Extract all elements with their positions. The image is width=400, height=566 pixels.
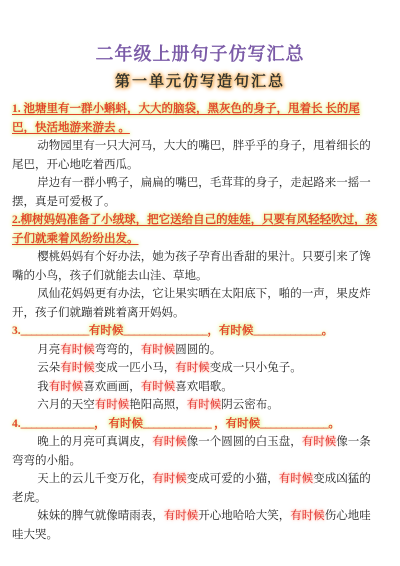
fill-in-blank: _____________ bbox=[253, 325, 321, 337]
text-segment: 弯弯的， bbox=[95, 344, 141, 356]
keyword-youshihou: 有时候 bbox=[109, 418, 144, 430]
example-sister-temper: 妹妹的脾气就像晴雨表，有时候开心地哈哈大笑，有时候伤心地哇哇大哭。 bbox=[12, 507, 378, 544]
text-segment: 云朵 bbox=[37, 362, 60, 374]
keyword-youshihou: 有时候 bbox=[49, 381, 84, 393]
text-segment: 艳阳高照， bbox=[129, 399, 187, 411]
text-segment: 变成可爱的小猫， bbox=[187, 473, 279, 485]
document-body: 1. 池塘里有一群小蝌蚪，大大的脑袋，黑灰色的身子，甩着长 长的尾巴，快活地游来… bbox=[12, 100, 378, 544]
keyword-youshihou: 有时候 bbox=[89, 325, 124, 337]
worksheet-page: 二年级上册句子仿写汇总 第一单元仿写造句汇总 1. 池塘里有一群小蝌蚪，大大的脑… bbox=[0, 0, 400, 566]
text-segment: 喜欢唱歌。 bbox=[175, 381, 233, 393]
text-segment: 月亮 bbox=[37, 344, 60, 356]
text-segment: 。 bbox=[322, 325, 334, 337]
text-segment: 樱桃妈妈有个好办法，她为孩子孕育出香甜的果汁。只要引来了馋嘴的小鸟，孩子们就能去… bbox=[12, 251, 371, 282]
text-segment: 变成一匹小马， bbox=[95, 362, 176, 374]
text-segment: 圆圆的。 bbox=[175, 344, 221, 356]
keyword-youshihou: 有时候 bbox=[164, 510, 199, 522]
item-4-pattern: 4.______________， 有时候_____________ ，有时候_… bbox=[12, 415, 378, 434]
keyword-youshihou: 有时候 bbox=[60, 362, 95, 374]
text-segment: 开心地哈哈大笑， bbox=[198, 510, 290, 522]
text-segment: 岸边有一群小鸭子，扁扁的嘴巴，毛茸茸的身子，走起路来一摇一摆，真是可爱极了。 bbox=[12, 177, 371, 208]
text-segment: 晚上的月亮可真调皮， bbox=[37, 436, 152, 448]
fill-in-blank: ________________ bbox=[123, 325, 207, 337]
fill-in-blank: _____________ bbox=[260, 418, 328, 430]
item-2-heading: 2.柳树妈妈准备了小绒球，把它送给自己的娃娃，只要有风轻轻吹过，孩子们就乘着风纷… bbox=[12, 211, 378, 248]
section-subtitle: 第一单元仿写造句汇总 bbox=[0, 71, 400, 93]
page-title: 二年级上册句子仿写汇总 bbox=[0, 42, 400, 66]
text-segment: 3. bbox=[12, 325, 21, 337]
fill-in-blank: _____________ bbox=[21, 325, 89, 337]
text-segment: 像一个圆圆的白玉盘， bbox=[187, 436, 302, 448]
example-balsam: 凤仙花妈妈更有办法，它让果实晒在太阳底下，啪的一声，果皮炸开，孩子们就蹦着跳着离… bbox=[12, 285, 378, 322]
text-segment: 2.柳树妈妈准备了小绒球，把它送给自己的娃娃，只要有风轻轻吹过，孩子们就乘着风纷… bbox=[12, 214, 377, 245]
item-1-heading: 1. 池塘里有一群小蝌蚪，大大的脑袋，黑灰色的身子，甩着长 长的尾巴，快活地游来… bbox=[12, 100, 378, 137]
text-segment: ， bbox=[207, 325, 219, 337]
keyword-youshihou: 有时候 bbox=[60, 344, 95, 356]
text-segment: 变成一只小兔子。 bbox=[210, 362, 302, 374]
keyword-youshihou: 有时候 bbox=[187, 399, 222, 411]
text-segment: ， bbox=[211, 418, 225, 430]
example-moon: 月亮有时候弯弯的，有时候圆圆的。 bbox=[12, 341, 378, 360]
keyword-youshihou: 有时候 bbox=[302, 436, 337, 448]
keyword-youshihou: 有时候 bbox=[95, 399, 130, 411]
keyword-youshihou: 有时候 bbox=[141, 381, 176, 393]
text-segment: 六月的天空 bbox=[37, 399, 95, 411]
text-segment: 喜欢画画， bbox=[83, 381, 141, 393]
text-segment: ， bbox=[94, 418, 108, 430]
example-moon-plate: 晚上的月亮可真调皮，有时候像一个圆圆的白玉盘，有时候像一条弯弯的小船。 bbox=[12, 433, 378, 470]
keyword-youshihou: 有时候 bbox=[226, 418, 261, 430]
text-segment: 4. bbox=[12, 418, 21, 430]
text-segment: 凤仙花妈妈更有办法，它让果实晒在太阳底下，啪的一声，果皮炸开，孩子们就蹦着跳着离… bbox=[12, 288, 371, 319]
item-3-pattern: 3._____________有时候________________，有时候__… bbox=[12, 322, 378, 341]
text-segment: 阴云密布。 bbox=[221, 399, 279, 411]
keyword-youshihou: 有时候 bbox=[219, 325, 254, 337]
example-june-sky: 六月的天空有时候艳阳高照，有时候阴云密布。 bbox=[12, 396, 378, 415]
keyword-youshihou: 有时候 bbox=[175, 362, 210, 374]
example-cloud-horse: 云朵有时候变成一匹小马，有时候变成一只小兔子。 bbox=[12, 359, 378, 378]
fill-in-blank: ______________ bbox=[21, 418, 95, 430]
text-segment: 妹妹的脾气就像晴雨表， bbox=[37, 510, 164, 522]
keyword-youshihou: 有时候 bbox=[152, 436, 187, 448]
keyword-youshihou: 有时候 bbox=[279, 473, 314, 485]
text-segment: 天上的云儿千变万化， bbox=[37, 473, 152, 485]
text-segment: 动物园里有一只大河马，大大的嘴巴，胖乎乎的身子，甩着细长的尾巴，开心地吃着西瓜。 bbox=[12, 140, 371, 171]
example-me-drawing: 我有时候喜欢画画，有时候喜欢唱歌。 bbox=[12, 378, 378, 397]
fill-in-blank: _____________ bbox=[143, 418, 211, 430]
example-clouds-change: 天上的云儿千变万化，有时候变成可爱的小猫，有时候变成凶猛的老虎。 bbox=[12, 470, 378, 507]
example-ducklings: 岸边有一群小鸭子，扁扁的嘴巴，毛茸茸的身子，走起路来一摇一摆，真是可爱极了。 bbox=[12, 174, 378, 211]
keyword-youshihou: 有时候 bbox=[152, 473, 187, 485]
text-segment: 我 bbox=[37, 381, 49, 393]
text-segment: 1. 池塘里有一群小蝌蚪，大大的脑袋，黑灰色的身子，甩着长 长的尾巴，快活地游来… bbox=[12, 103, 360, 134]
example-hippo: 动物园里有一只大河马，大大的嘴巴，胖乎乎的身子，甩着细长的尾巴，开心地吃着西瓜。 bbox=[12, 137, 378, 174]
keyword-youshihou: 有时候 bbox=[141, 344, 176, 356]
example-cherry: 樱桃妈妈有个好办法，她为孩子孕育出香甜的果汁。只要引来了馋嘴的小鸟，孩子们就能去… bbox=[12, 248, 378, 285]
keyword-youshihou: 有时候 bbox=[290, 510, 325, 522]
text-segment: 。 bbox=[328, 418, 340, 430]
